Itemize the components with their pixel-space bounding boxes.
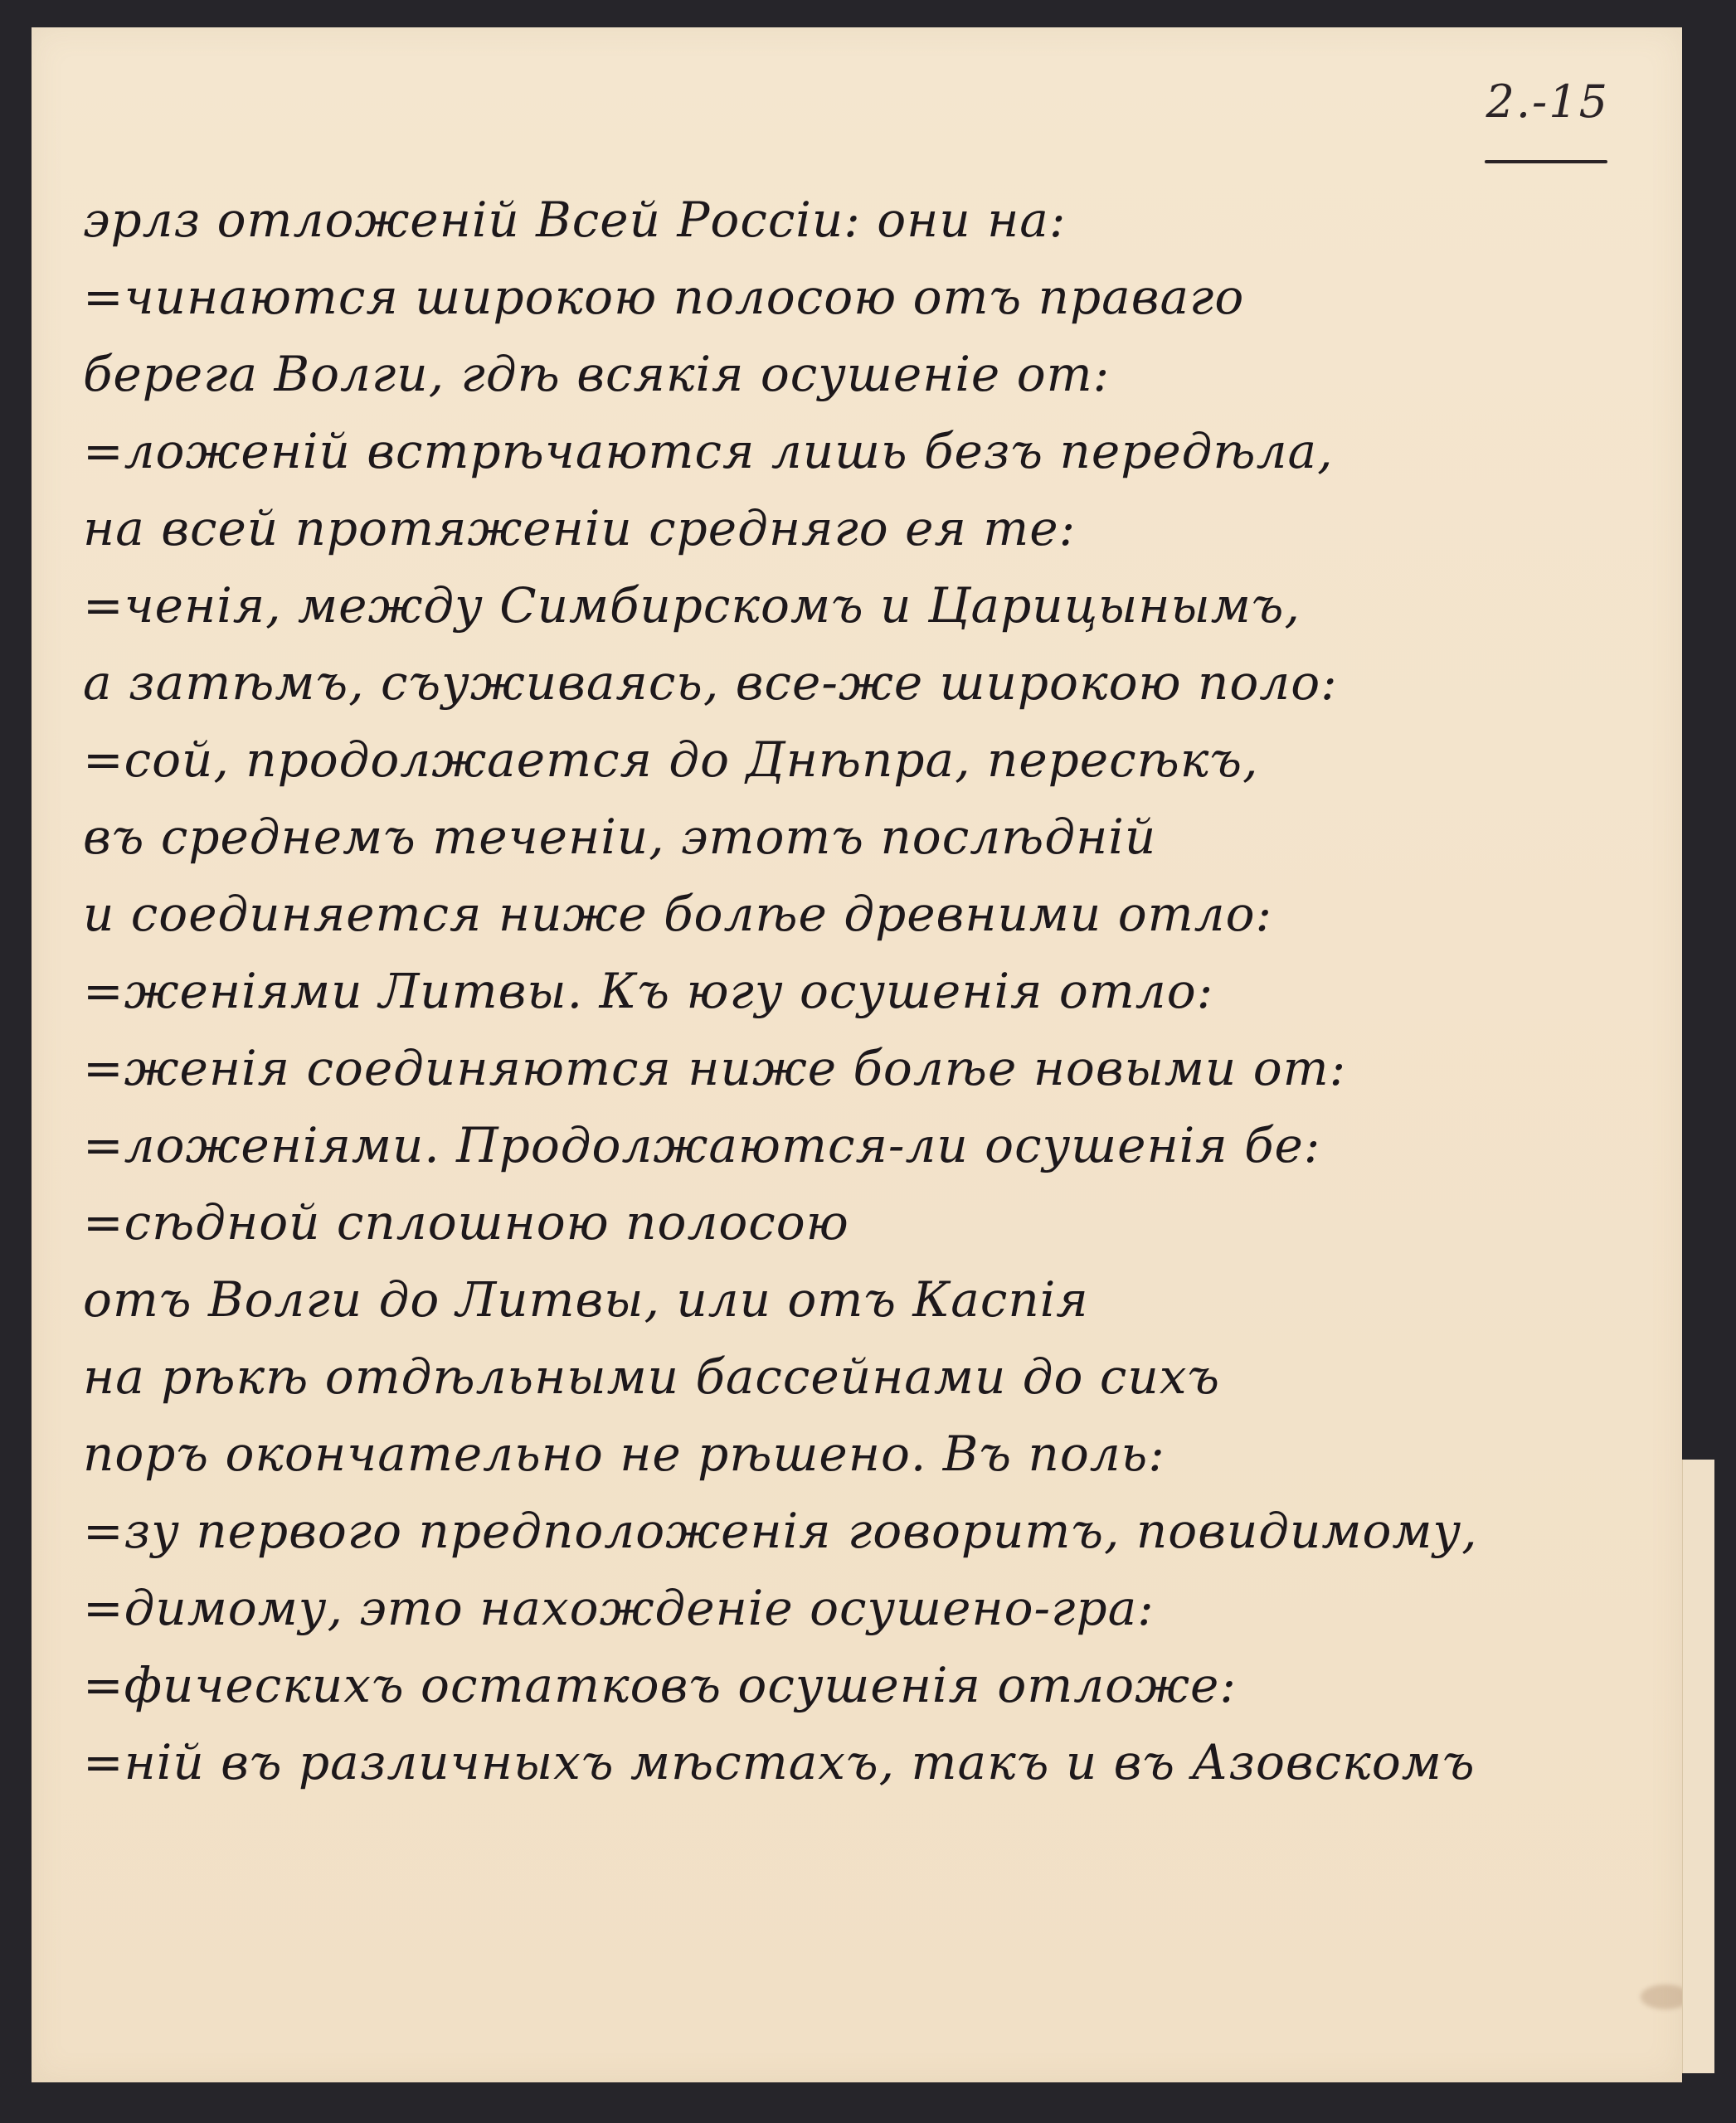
text-line: =ній въ различныхъ мѣстахъ, такъ и въ Аз… — [83, 1724, 1709, 1801]
text-line: =ложеній встрѣчаются лишь безъ передѣла, — [83, 413, 1709, 490]
text-line: =димому, это нахожденіе осушено-гра: — [83, 1570, 1709, 1647]
text-line: =женіями Литвы. Къ югу осушенія отло: — [83, 953, 1709, 1030]
text-line: эрлз отложеній Всей Россіи: они на: — [83, 182, 1709, 259]
text-line: и соединяется ниже болѣе древними отло: — [83, 876, 1709, 953]
text-line: =сѣдной сплошною полосою — [83, 1184, 1709, 1261]
text-line: =чинаются широкою полосою отъ праваго — [83, 259, 1709, 336]
text-line: на всей протяженіи средняго ея те: — [83, 490, 1709, 567]
text-line: на рѣкѣ отдѣльными бассейнами до сихъ — [83, 1338, 1709, 1416]
handwritten-text: эрлз отложеній Всей Россіи: они на: =чин… — [83, 182, 1709, 1801]
text-line: =зу первого предположенія говоритъ, пови… — [83, 1493, 1709, 1570]
text-line: =ченія, между Симбирскомъ и Царицынымъ, — [83, 567, 1709, 644]
text-line: въ среднемъ теченіи, этотъ послѣдній — [83, 799, 1709, 876]
text-line: =ложеніями. Продолжаются-ли осушенія бе: — [83, 1107, 1709, 1184]
text-line: отъ Волги до Литвы, или отъ Каспія — [83, 1261, 1709, 1338]
text-line: а затѣмъ, съуживаясь, все-же широкою пол… — [83, 644, 1709, 721]
text-line: =сой, продолжается до Днѣпра, пересѣкъ, — [83, 721, 1709, 799]
underlying-sheet-edge — [1682, 1460, 1714, 2073]
scanned-page: 2.-15 эрлз отложеній Всей Россіи: они на… — [0, 0, 1736, 2123]
text-line: поръ окончательно не рѣшено. Въ поль: — [83, 1416, 1709, 1493]
page-number-underline — [1485, 160, 1607, 163]
text-line: =женія соединяются ниже болѣе новыми от: — [83, 1030, 1709, 1107]
text-line: берега Волги, гдѣ всякія осушеніе от: — [83, 336, 1709, 413]
page-number: 2.-15 — [1486, 75, 1609, 128]
paper-sheet: 2.-15 эрлз отложеній Всей Россіи: они на… — [32, 27, 1682, 2082]
text-line: =фическихъ остатковъ осушенія отложе: — [83, 1647, 1709, 1724]
